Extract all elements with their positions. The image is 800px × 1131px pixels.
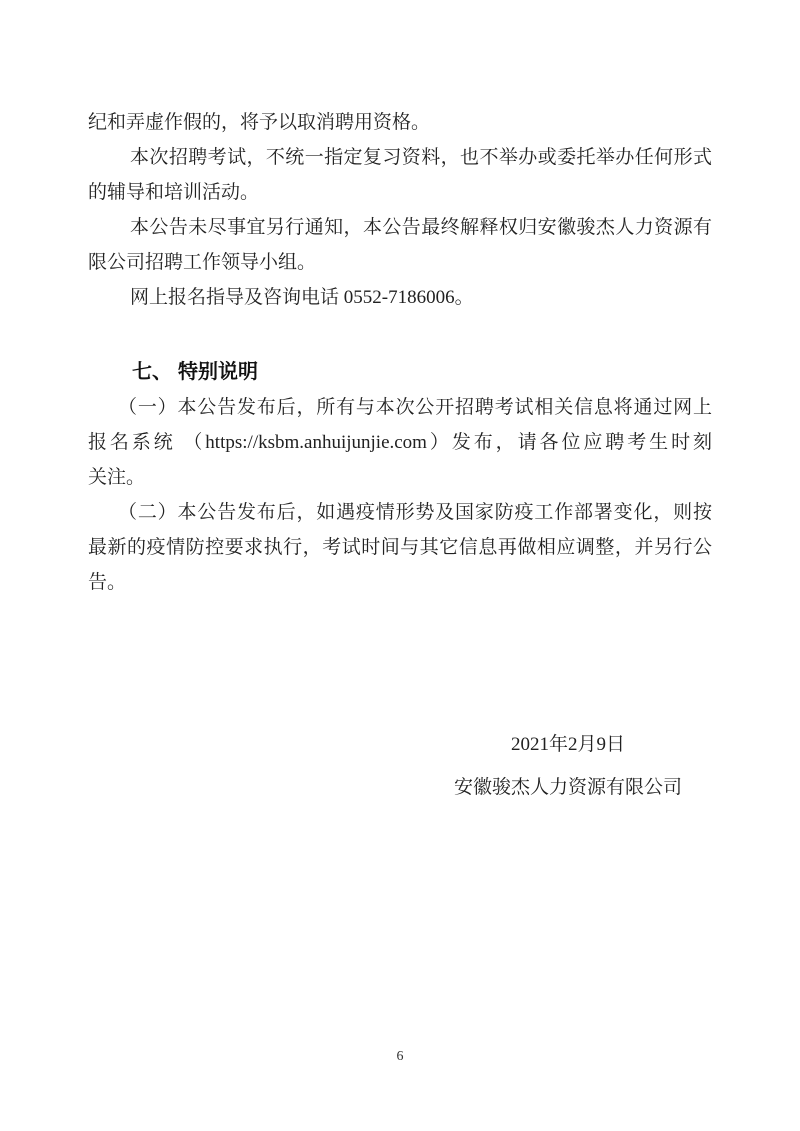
paragraph-interpretation-line-1: 本公告未尽事宜另行通知，本公告最终解释权归安徽骏杰人力资源有 — [88, 210, 712, 245]
signature-date: 2021年2月9日 — [454, 727, 682, 762]
paragraph-hotline-line: 网上报名指导及咨询电话 0552-7186006。 — [88, 280, 712, 315]
section-heading-special-notes: 七、特别说明 — [88, 355, 712, 390]
signature-inner: 2021年2月9日 安徽骏杰人力资源有限公司 — [454, 727, 682, 805]
section-number: 七、 — [132, 361, 172, 383]
paragraph-interpretation-line-2: 限公司招聘工作领导小组。 — [88, 245, 712, 280]
paragraph-item1-line-2: 报名系统 （https://ksbm.anhuijunjie.com）发布，请各… — [88, 425, 712, 460]
paragraph-item2-line-1: （二）本公告发布后，如遇疫情形势及国家防疫工作部署变化，则按 — [88, 495, 712, 530]
document-body: 纪和弄虚作假的，将予以取消聘用资格。 本次招聘考试，不统一指定复习资料，也不举办… — [88, 105, 712, 805]
document-page: 纪和弄虚作假的，将予以取消聘用资格。 本次招聘考试，不统一指定复习资料，也不举办… — [0, 0, 800, 1131]
paragraph-item2-line-2: 最新的疫情防控要求执行，考试时间与其它信息再做相应调整，并另行公 — [88, 530, 712, 565]
paragraph-item1-line-1: （一）本公告发布后，所有与本次公开招聘考试相关信息将通过网上 — [88, 390, 712, 425]
paragraph-item1-line-3: 关注。 — [88, 460, 712, 495]
paragraph-no-materials-line-2: 的辅导和培训活动。 — [88, 175, 712, 210]
paragraph-no-materials-line-1: 本次招聘考试，不统一指定复习资料，也不举办或委托举办任何形式 — [88, 140, 712, 175]
paragraph-disqualify-line: 纪和弄虚作假的，将予以取消聘用资格。 — [88, 105, 712, 140]
section-title: 特别说明 — [178, 361, 258, 383]
signature-spacer — [88, 600, 712, 727]
signature-company: 安徽骏杰人力资源有限公司 — [454, 770, 682, 805]
page-number: 6 — [0, 1047, 800, 1067]
paragraph-item2-line-3: 告。 — [88, 565, 712, 600]
signature-block: 2021年2月9日 安徽骏杰人力资源有限公司 — [88, 727, 712, 805]
